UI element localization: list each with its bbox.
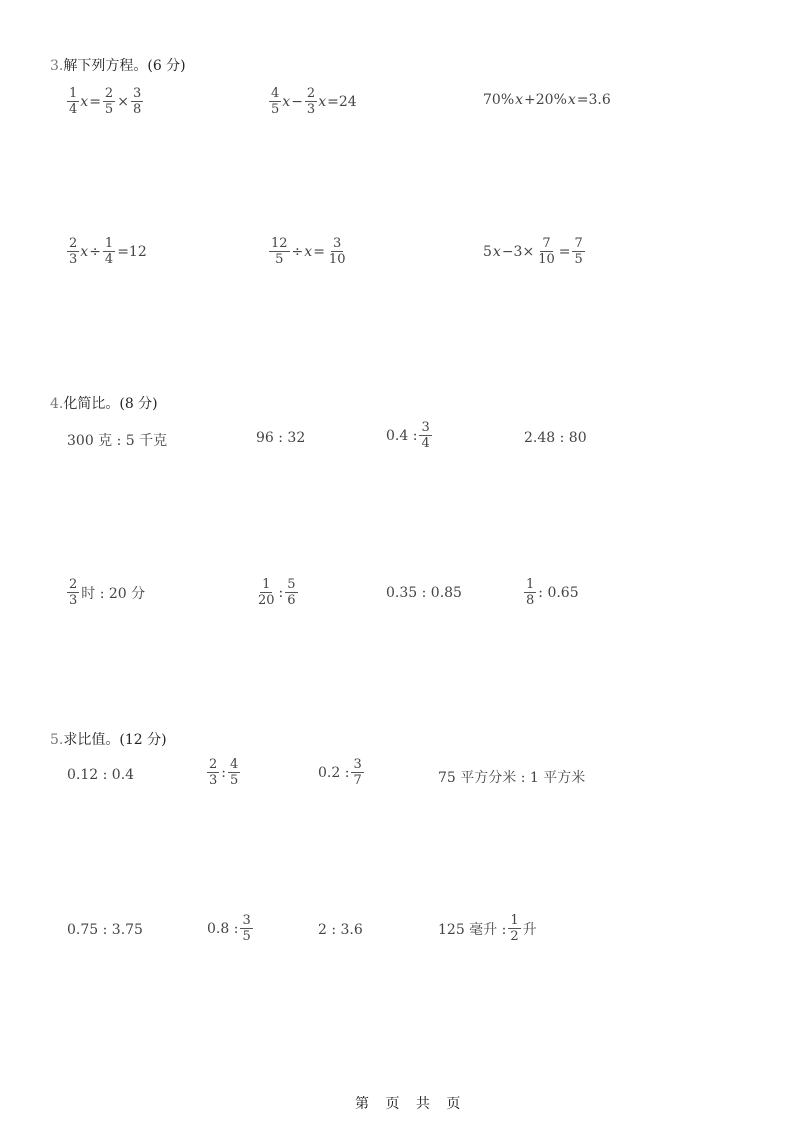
- equation-item: 23x÷14=12: [66, 236, 148, 267]
- variable: x: [515, 92, 523, 108]
- fraction: 56: [285, 577, 297, 608]
- text: =: [312, 244, 326, 260]
- ratio-item: 0.4 : 34: [385, 420, 433, 451]
- text: =: [558, 244, 572, 260]
- text: 300 克 : 5 千克: [66, 430, 168, 450]
- text: 0.12 : 0.4: [66, 767, 135, 783]
- section-4-heading: 4.化简比。(8 分): [50, 393, 158, 413]
- section-3-heading: 3.解下列方程。(6 分): [50, 55, 186, 75]
- ratio-value-item: 0.2 : 37: [317, 757, 365, 788]
- fraction: 37: [351, 757, 363, 788]
- text: 5: [482, 244, 493, 260]
- equation-item: 70%x+20%x=3.6: [482, 92, 612, 108]
- fraction: 310: [327, 236, 348, 267]
- ratio-item: 18 : 0.65: [523, 577, 580, 608]
- fraction: 23: [207, 757, 219, 788]
- text: 2 : 3.6: [317, 922, 364, 938]
- ratio-value-item: 2 : 3.6: [317, 922, 364, 938]
- text: 70%: [482, 92, 515, 108]
- fraction: 25: [103, 86, 115, 117]
- text: 2.48 : 80: [523, 430, 588, 446]
- ratio-value-item: 0.8 : 35: [206, 913, 254, 944]
- fraction: 125: [269, 236, 290, 267]
- text: 75 平方分米 : 1 平方米: [437, 767, 586, 787]
- text: 125 毫升 :: [437, 919, 507, 939]
- ratio-item: 300 克 : 5 千克: [66, 430, 168, 450]
- text: ÷: [291, 244, 305, 260]
- text: =12: [116, 244, 148, 260]
- text: 0.2 :: [317, 765, 350, 781]
- equation-item: 5x−3×710=75: [482, 236, 586, 267]
- variable: x: [304, 244, 312, 260]
- ratio-item: 2.48 : 80: [523, 430, 588, 446]
- section-5-heading: 5.求比值。(12 分): [50, 729, 167, 749]
- ratio-item: 23 时 : 20 分: [66, 577, 146, 608]
- fraction: 23: [305, 86, 317, 117]
- variable: x: [80, 94, 88, 110]
- fraction: 12: [508, 913, 520, 944]
- text: =: [88, 94, 102, 110]
- fraction: 45: [228, 757, 240, 788]
- ratio-value-item: 75 平方分米 : 1 平方米: [437, 767, 586, 787]
- page-footer: 第 页 共 页: [355, 1093, 466, 1113]
- text: 96 : 32: [255, 430, 306, 446]
- fraction: 34: [419, 420, 431, 451]
- fraction: 75: [572, 236, 584, 267]
- equation-item: 14x=25×38: [66, 86, 144, 117]
- text: 时 : 20 分: [80, 583, 146, 603]
- ratio-item: 120 : 56: [255, 577, 299, 608]
- ratio-value-item: 0.75 : 3.75: [66, 922, 144, 938]
- variable: x: [282, 94, 290, 110]
- ratio-value-item: 0.12 : 0.4: [66, 767, 135, 783]
- text: 0.4 :: [385, 428, 418, 444]
- equation-item: 45x−23x=24: [268, 86, 358, 117]
- text: ÷: [88, 244, 102, 260]
- text: −: [290, 94, 304, 110]
- ratio-value-item: 23 : 45: [206, 757, 241, 788]
- fraction: 14: [103, 236, 115, 267]
- fraction: 14: [67, 86, 79, 117]
- fraction: 45: [269, 86, 281, 117]
- text: : 0.65: [537, 585, 579, 601]
- text: =24: [326, 94, 358, 110]
- text: 升: [522, 919, 538, 939]
- ratio-item: 96 : 32: [255, 430, 306, 446]
- text: :: [278, 585, 285, 601]
- variable: x: [80, 244, 88, 260]
- text: 0.8 :: [206, 921, 239, 937]
- text: ×: [116, 94, 130, 110]
- text: 0.75 : 3.75: [66, 922, 144, 938]
- fraction: 710: [536, 236, 557, 267]
- equation-item: 125÷x=310: [268, 236, 348, 267]
- variable: x: [568, 92, 576, 108]
- text: :: [220, 765, 227, 781]
- fraction: 38: [131, 86, 143, 117]
- ratio-item: 0.35 : 0.85: [385, 585, 463, 601]
- fraction: 23: [67, 236, 79, 267]
- text: +20%: [523, 92, 568, 108]
- text: =3.6: [576, 92, 612, 108]
- variable: x: [318, 94, 326, 110]
- fraction: 23: [67, 577, 79, 608]
- ratio-value-item: 125 毫升 : 12 升: [437, 913, 538, 944]
- fraction: 120: [256, 577, 277, 608]
- fraction: 35: [240, 913, 252, 944]
- text: −3×: [501, 244, 535, 260]
- variable: x: [493, 244, 501, 260]
- text: 0.35 : 0.85: [385, 585, 463, 601]
- fraction: 18: [524, 577, 536, 608]
